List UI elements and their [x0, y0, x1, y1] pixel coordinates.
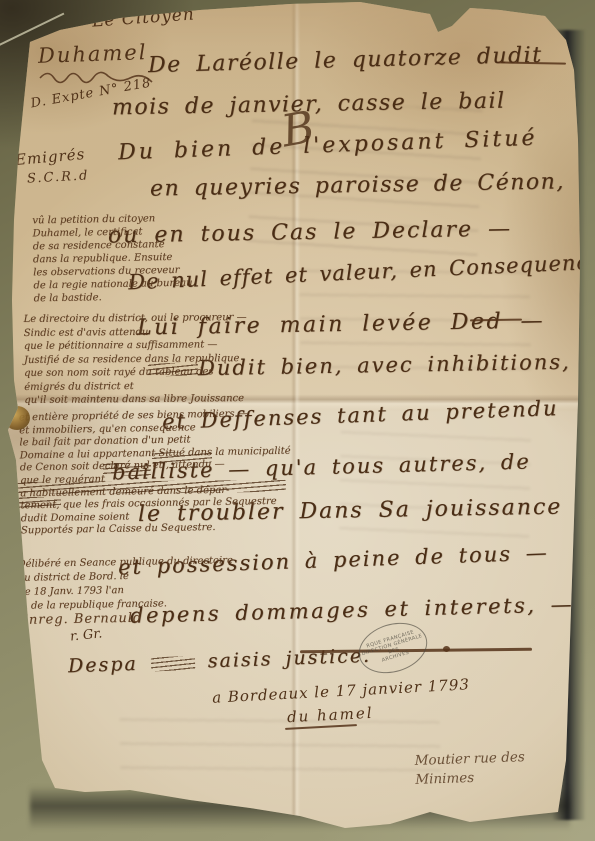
manuscript-page: Le Citoyen Duhamel D. Expte N° 218 Emigr… — [0, 0, 595, 841]
seal-blob — [4, 406, 30, 430]
photograph-of-manuscript: Le Citoyen Duhamel D. Expte N° 218 Emigr… — [0, 0, 595, 841]
header-salutation: Le Citoyen — [91, 4, 195, 31]
margin-line: que le pétitionnaire a suffisamment — — [24, 338, 247, 353]
archives-stamp: RQUE FRANÇAISE DIRECTION GÉNÉRALE DES AR… — [353, 615, 434, 681]
margin-line: qu'il soit maintenu dans sa libre Jouiss… — [24, 392, 247, 407]
header-name: Duhamel — [38, 40, 148, 68]
judgment-lead: Despa — [68, 653, 138, 677]
header-category: Emigrés — [14, 145, 86, 169]
ink-bleedthrough — [119, 702, 440, 778]
struck-text — [103, 463, 151, 476]
struck-text — [152, 451, 212, 463]
ink-bleedthrough — [339, 428, 531, 541]
margin-note-block-petition: vû la petition du citoyen Duhamel, le ce… — [32, 212, 193, 306]
struck-text — [16, 480, 286, 494]
margin-line: de la bastide. — [34, 290, 193, 306]
main-text-line-8: Dudit bien, avec inhibitions, — [198, 350, 571, 381]
struck-text — [16, 497, 61, 508]
margin-note-block-bail: et entière propriété de ses biens mobili… — [19, 408, 292, 539]
footer-note-line-1: Moutier rue des — [414, 748, 525, 771]
margin-line: Justifié de sa residence dans la republi… — [24, 352, 247, 367]
margin-note-block-avis: Le directoire du district, oui le procur… — [24, 311, 248, 407]
main-text-line-1: De Laréolle le quatorze dudit — [148, 43, 543, 78]
footer-note-line-2: Minimes — [415, 767, 526, 790]
struck-text — [148, 362, 198, 377]
scribbled-word — [151, 656, 195, 672]
main-text-line-4: en queyries paroisse de Cénon, — [150, 169, 565, 201]
footer-address-note: Moutier rue des Minimes — [414, 748, 525, 790]
closing-paraph: r. Gr. — [69, 626, 103, 644]
margin-note-block-deliberation: Délibéré en Seance publique du directoir… — [17, 554, 234, 628]
header-initials: S.C.R.d — [27, 168, 90, 186]
margin-line: Le directoire du district, oui le procur… — [24, 311, 247, 326]
pen-stroke-dot — [443, 646, 450, 652]
margin-line: de la regie nationale au bureau — [33, 277, 192, 293]
